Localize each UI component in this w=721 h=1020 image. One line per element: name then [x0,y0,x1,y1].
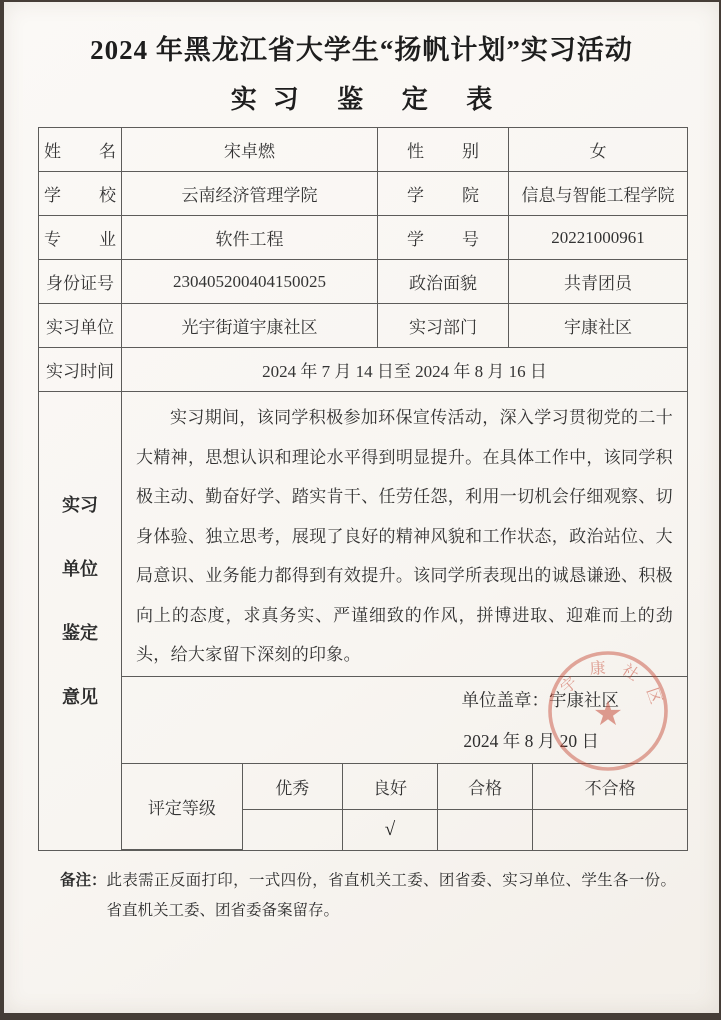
internship-dept-label: 实习部门 [378,304,509,348]
internship-dept-value: 宇康社区 [509,304,688,348]
student-id-label: 学号 [378,216,509,260]
page-title: 2024 年黑龙江省大学生“扬帆计划”实习活动 实习 鉴 定 表 [4,28,719,116]
stamp-cell: 单位盖章：宇康社区 2024 年 8 月 20 日 [122,677,688,764]
appraisal-comment-text: 实习期间，该同学积极参加环保宣传活动，深入学习贯彻党的二十大精神，思想认识和理论… [136,398,673,675]
table-row: 姓名 宋卓燃 性别 女 [39,128,688,172]
rating-option-excellent: 优秀 [242,764,342,809]
id-number-value: 230405200404150025 [122,260,378,304]
stamp-row: 单位盖章：宇康社区 2024 年 8 月 20 日 [39,677,688,764]
rating-table: 评定等级 优秀 良好 合格 不合格 √ [122,764,687,850]
name-value: 宋卓燃 [122,128,378,172]
major-label-text: 专业 [44,225,116,250]
appraisal-comment-row: 实习 单位 鉴定 意见 实习期间，该同学积极参加环保宣传活动，深入学习贯彻党的二… [39,392,688,677]
unit-stamp-label: 单位盖章：宇康社区 [122,679,687,721]
internship-unit-value: 光宇街道宇康社区 [122,304,378,348]
appraisal-section-label-lines: 实习 单位 鉴定 意见 [39,491,121,751]
name-label-text: 姓名 [44,137,116,162]
political-status-label: 政治面貌 [378,260,509,304]
page-title-line2: 实习 鉴 定 表 [4,79,719,116]
internship-unit-label: 实习单位 [39,304,122,348]
name-label: 姓名 [39,128,122,172]
table-row: 学校 云南经济管理学院 学院 信息与智能工程学院 [39,172,688,216]
gender-value: 女 [509,128,688,172]
footer-note-text: 此表需正反面打印，一式四份，省直机关工委、团省委、实习单位、学生各一份。省直机关… [107,866,676,926]
table-row: 实习单位 光宇街道宇康社区 实习部门 宇康社区 [39,304,688,348]
rating-option-fail: 不合格 [533,764,687,809]
rating-check-fail [533,809,687,849]
table-row: 实习时间 2024 年 7 月 14 日至 2024 年 8 月 16 日 [39,348,688,392]
section-label-line: 意见 [62,683,98,709]
rating-row: 评定等级 优秀 良好 合格 不合格 √ [39,764,688,851]
rating-header-row: 评定等级 优秀 良好 合格 不合格 [122,764,687,809]
rating-check-good: √ [342,809,437,849]
major-value: 软件工程 [122,216,378,260]
section-label-line: 鉴定 [62,619,98,645]
footer-note-label: 备注： [60,866,107,926]
gender-label: 性别 [378,128,509,172]
section-label-line: 实习 [62,491,98,517]
form-page: 2024 年黑龙江省大学生“扬帆计划”实习活动 实习 鉴 定 表 姓名 宋卓燃 … [4,2,719,1013]
major-label: 专业 [39,216,122,260]
rating-option-pass: 合格 [438,764,533,809]
id-number-label: 身份证号 [39,260,122,304]
rating-check-excellent [242,809,342,849]
page-title-line1: 2024 年黑龙江省大学生“扬帆计划”实习活动 [4,28,719,67]
internship-time-value: 2024 年 7 月 14 日至 2024 年 8 月 16 日 [122,348,688,392]
table-row: 身份证号 230405200404150025 政治面貌 共青团员 [39,260,688,304]
college-label: 学院 [378,172,509,216]
student-id-value: 20221000961 [509,216,688,260]
school-value: 云南经济管理学院 [122,172,378,216]
school-label: 学校 [39,172,122,216]
rating-label: 评定等级 [122,764,242,850]
college-value: 信息与智能工程学院 [509,172,688,216]
footer-note: 备注： 此表需正反面打印，一式四份，省直机关工委、团省委、实习单位、学生各一份。… [60,866,676,926]
section-label-line: 单位 [62,555,98,581]
rating-option-good: 良好 [342,764,437,809]
gender-label-text: 性别 [407,137,479,162]
internship-form-table: 姓名 宋卓燃 性别 女 学校 云南经济管理学院 学院 信息与智能工程学院 专业 … [38,127,688,851]
appraisal-section-label: 实习 单位 鉴定 意见 [39,392,122,851]
political-status-value: 共青团员 [509,260,688,304]
student-id-label-text: 学号 [407,225,479,250]
internship-time-label: 实习时间 [39,348,122,392]
school-label-text: 学校 [44,181,116,206]
check-mark: √ [385,819,395,840]
rating-table-cell: 评定等级 优秀 良好 合格 不合格 √ [122,764,688,851]
stamp-date: 2024 年 8 月 20 日 [122,721,687,761]
appraisal-comment-cell: 实习期间，该同学积极参加环保宣传活动，深入学习贯彻党的二十大精神，思想认识和理论… [122,392,688,677]
table-row: 专业 软件工程 学号 20221000961 [39,216,688,260]
college-label-text: 学院 [407,181,479,206]
rating-check-pass [438,809,533,849]
